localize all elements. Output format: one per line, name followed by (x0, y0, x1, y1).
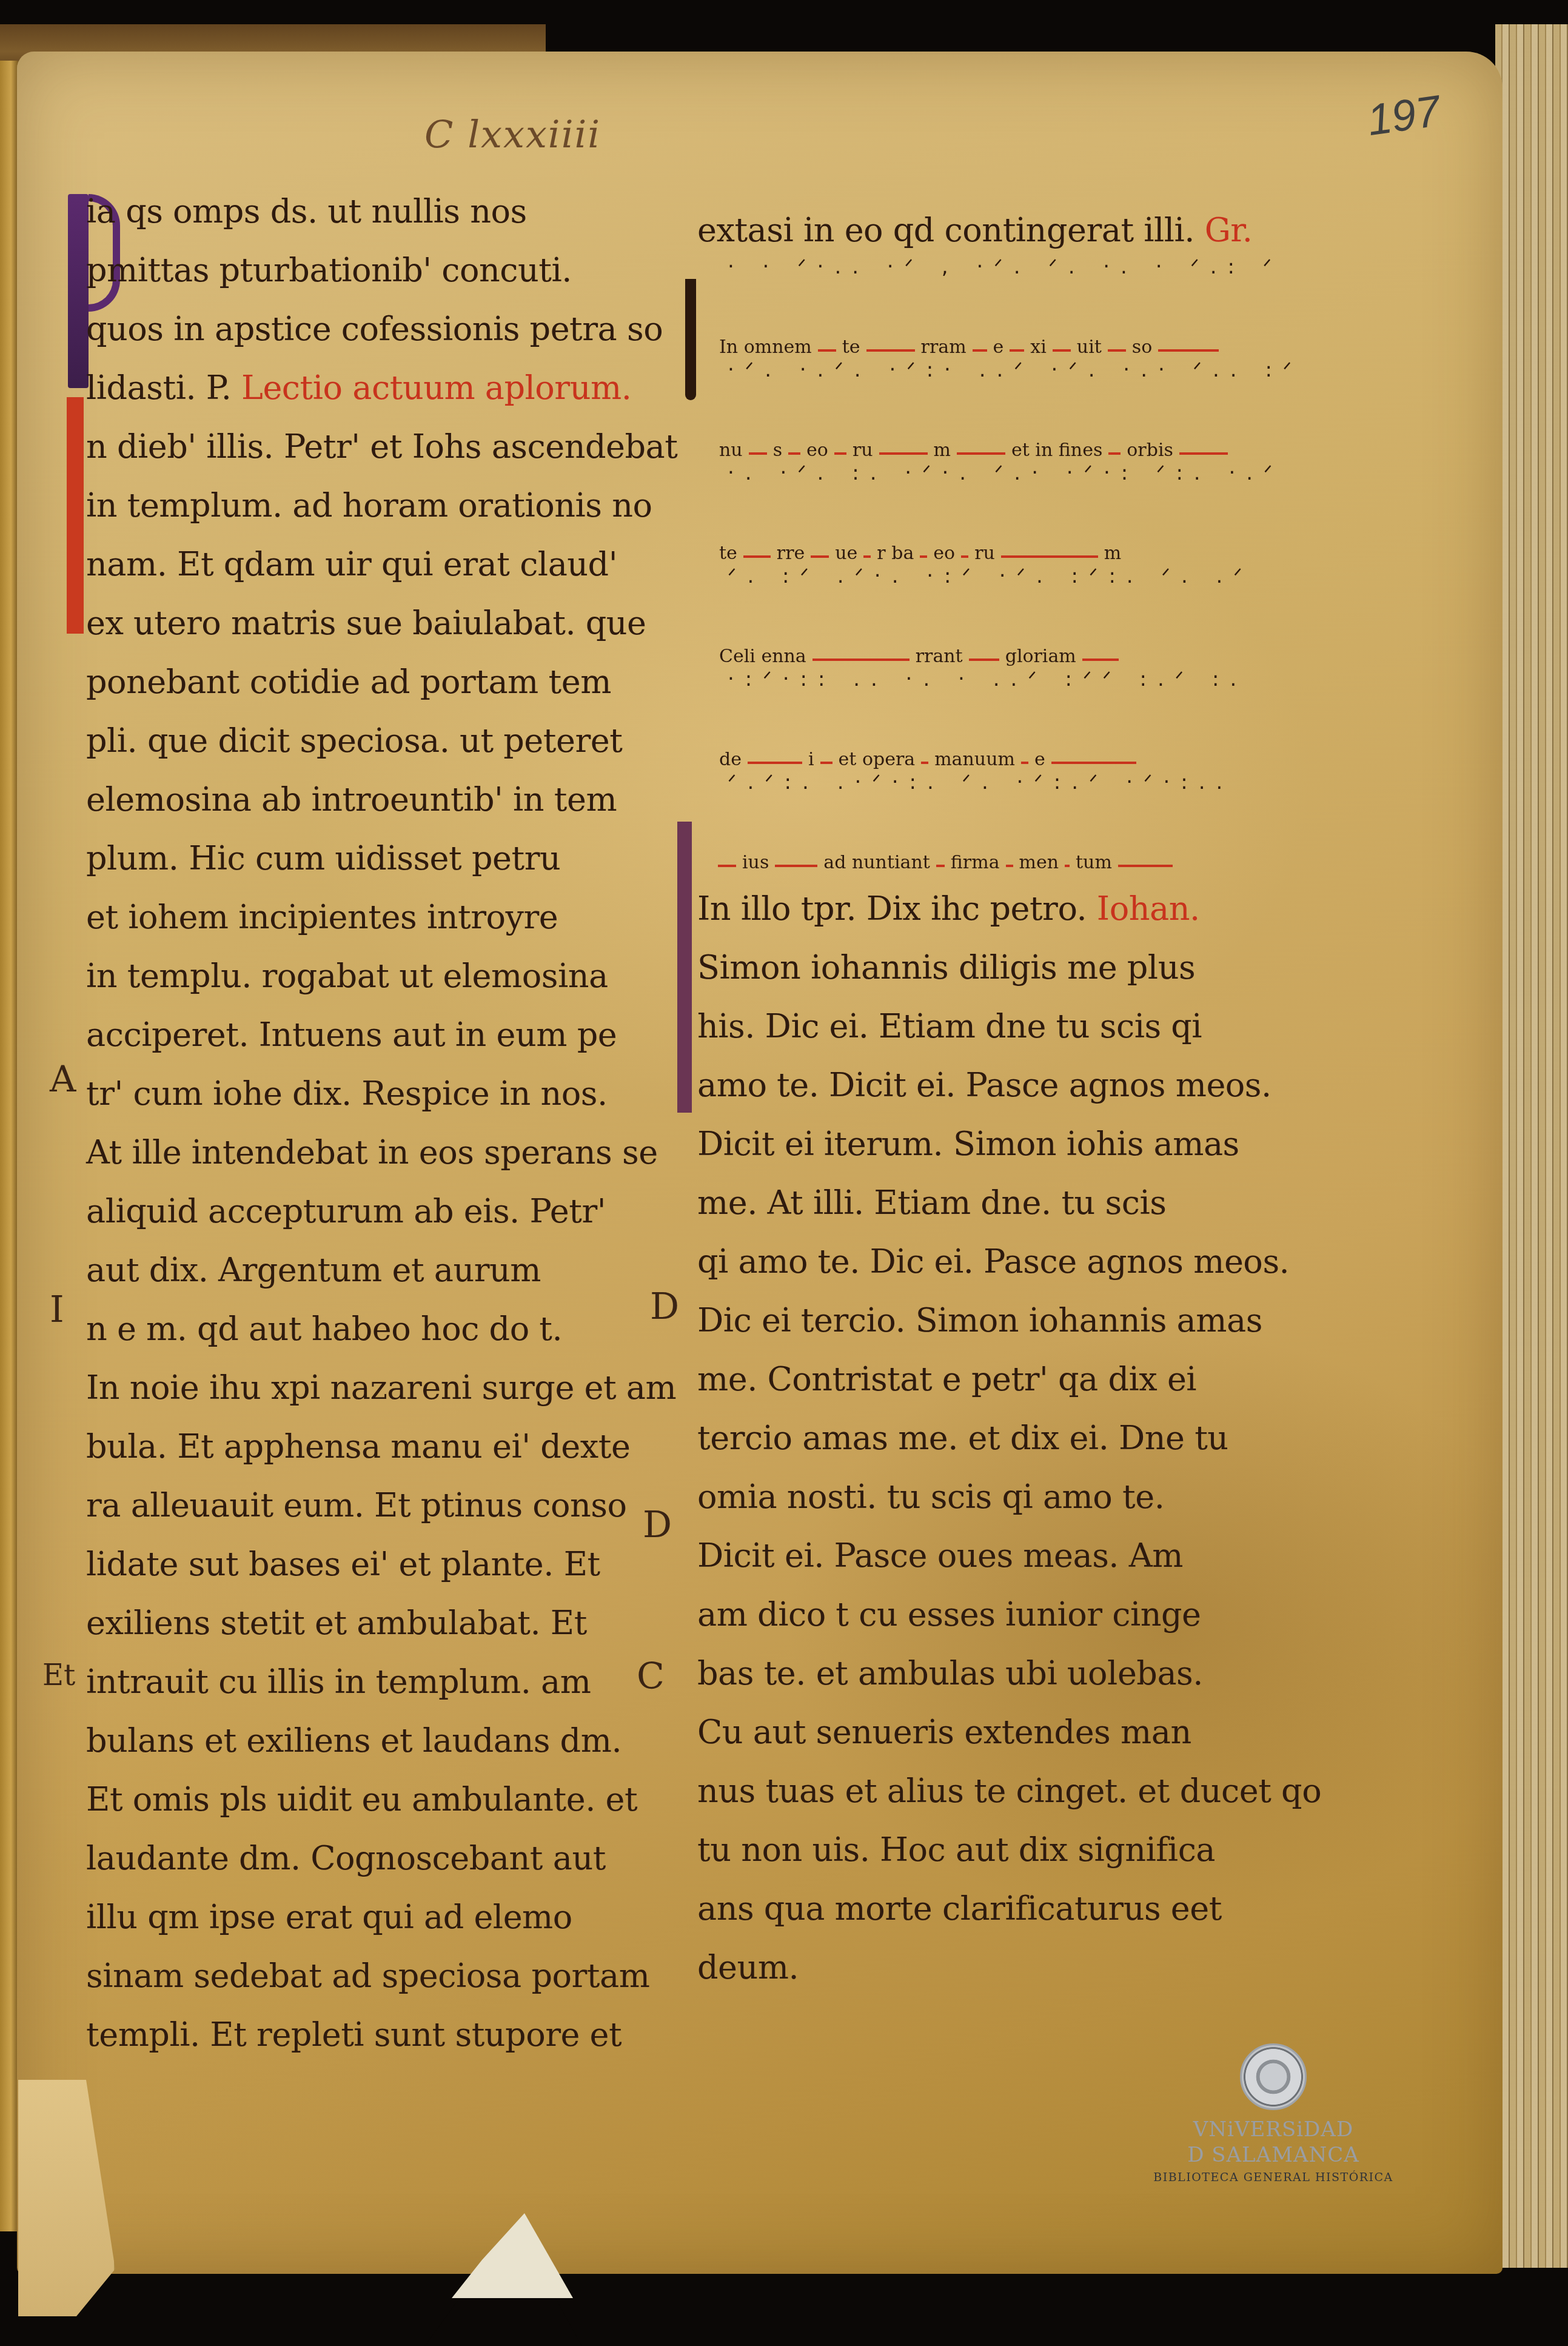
text-line: Simon iohannis diligis me plus (691, 938, 1310, 997)
text-line: acciperet. Intuens aut in eum pe (61, 1005, 631, 1064)
text-line: nus tuas et alius te cinget. et ducet qo (691, 1761, 1310, 1820)
marginal-letter: A (50, 1058, 76, 1101)
text-line: Dicit ei. Pasce oues meas. Am (691, 1526, 1310, 1585)
chant-lyric-line: te rre ue r ba eo ru m (691, 528, 1310, 564)
text-line: Cu aut senueris extendes man (691, 1703, 1310, 1761)
text-line: lidasti. P. Lectio actuum aplorum. (61, 358, 631, 417)
text-line: me. Contristat e petr' qa dix ei (691, 1350, 1310, 1409)
text-line: lidate sut bases ei' et plante. Et (61, 1535, 631, 1594)
text-line: n dieb' illis. Petr' et Iohs ascendebat (61, 417, 631, 476)
marginal-letter: D (643, 1504, 672, 1546)
text-line: aliquid accepturum ab eis. Petr' (61, 1182, 631, 1241)
text-line: in templum. ad horam orationis no (61, 476, 631, 535)
neume-notation: ·ᐟ. ·.ᐟ. ·ᐟ:· ..ᐟ ·ᐟ. ·.· ᐟ.. :ᐟ (691, 358, 1310, 424)
text-line: qi amo te. Dic ei. Pasce agnos meos. (691, 1232, 1310, 1291)
marginal-letter: I (50, 1289, 64, 1331)
text-line: ponebant cotidie ad portam tem (61, 652, 631, 711)
text-line: intrauit cu illis in templum. am (61, 1652, 631, 1711)
text-line: pli. que dicit speciosa. ut peteret (61, 711, 631, 770)
text-line: quos in apstice cofessionis petra so (61, 300, 631, 358)
text-line: tu non uis. Hoc aut dix significa (691, 1820, 1310, 1879)
marginal-letter: Et (42, 1658, 75, 1692)
text-line: bula. Et apphensa manu ei' dexte (61, 1417, 631, 1476)
neume-notation: · · ᐟ·.. ·ᐟ , ·ᐟ. ᐟ. ·. · ᐟ.: ᐟ (691, 255, 1310, 321)
signature-mark: C lxxxiiii (424, 112, 601, 156)
facing-leaf-edge (0, 61, 18, 2231)
text-line: pmittas pturbationib' concuti. (61, 241, 631, 300)
chant-lyric-line: Celi enna rrant gloriam (691, 631, 1310, 667)
text-line: Dicit ei iterum. Simon iohis amas (691, 1114, 1310, 1173)
text-line: ra alleuauit eum. Et ptinus conso (61, 1476, 631, 1535)
text-line: ans qua morte clarificaturus eet (691, 1879, 1310, 1938)
text-line: ex utero matris sue baiulabat. que (61, 594, 631, 652)
text-line: In illo tpr. Dix ihc petro. Iohan. (691, 879, 1310, 938)
text-line: extasi in eo qd contingerat illi. Gr. (691, 206, 1310, 255)
page-edges-stack (1495, 24, 1568, 2268)
marginal-letter: D (650, 1285, 679, 1328)
neume-notation: ᐟ.ᐟ:. .·ᐟ·:. ᐟ. ·ᐟ:.ᐟ ·ᐟ·:.. (691, 770, 1310, 837)
text-line: omia nosti. tu scis qi amo te. (691, 1467, 1310, 1526)
rubric: Lectio actuum aplorum. (241, 369, 631, 407)
text-line: illu qm ipse erat qui ad elemo (61, 1888, 631, 1946)
marginal-letter: C (637, 1655, 665, 1698)
text-line: deum. (691, 1938, 1310, 1997)
text-line: bulans et exiliens et laudans dm. (61, 1711, 631, 1770)
chant-lyric-line: In omnem te rram e xi uit so (691, 321, 1310, 358)
chant-notation-block: · · ᐟ·.. ·ᐟ , ·ᐟ. ᐟ. ·. · ᐟ.: ᐟ In omnem… (691, 255, 1310, 873)
gospel-text: In illo tpr. Dix ihc petro. Iohan. Simon… (691, 879, 1310, 1997)
neume-notation: ·:ᐟ·:: .. ·. · ..ᐟ :ᐟᐟ :.ᐟ :. (691, 667, 1310, 734)
chant-lyric-line: nu s eo ru m et in fines orbis (691, 424, 1310, 461)
folio-number: 197 (1364, 86, 1443, 146)
text-line: plum. Hic cum uidisset petru (61, 829, 631, 888)
text-line: aut dix. Argentum et aurum (61, 1241, 631, 1299)
text-line: exiliens stetit et ambulabat. Et (61, 1594, 631, 1652)
text-line: elemosina ab introeuntib' in tem (61, 770, 631, 829)
purple-initial-i-icon (677, 822, 692, 1113)
neume-notation: ·. ·ᐟ. :. ·ᐟ·. ᐟ.· ·ᐟ·: ᐟ:. ·.ᐟ (691, 461, 1310, 528)
text-line: his. Dic ei. Etiam dne tu scis qi (691, 997, 1310, 1056)
text-line: am dico t cu esses iunior cinge (691, 1585, 1310, 1644)
text-line: et iohem incipientes introyre (61, 888, 631, 947)
watermark-line-1: VNiVERSiDAD (1146, 2117, 1401, 2142)
neume-notation: ᐟ. :ᐟ .ᐟ·. ·:ᐟ ·ᐟ. :ᐟ:. ᐟ. .ᐟ (691, 564, 1310, 631)
text-line: in templu. rogabat ut elemosina (61, 947, 631, 1005)
rubric: Iohan. (1097, 890, 1200, 928)
chant-lyric-line: ius ad nuntiant firma men tum (691, 837, 1310, 873)
watermark-line-2: D SALAMANCA (1146, 2143, 1401, 2167)
library-watermark: VNiVERSiDAD D SALAMANCA BIBLIOTECA GENER… (1146, 2043, 1401, 2184)
text-line: tr' cum iohe dix. Respice in nos. (61, 1064, 631, 1123)
text-line: sinam sedebat ad speciosa portam (61, 1946, 631, 2005)
text-line: At ille intendebat in eos sperans se (61, 1123, 631, 1182)
text-line: amo te. Dicit ei. Pasce agnos meos. (691, 1056, 1310, 1114)
rubric: Gr. (1205, 211, 1253, 249)
university-seal-icon (1240, 2043, 1307, 2110)
text-line: bas te. et ambulas ubi uolebas. (691, 1644, 1310, 1703)
text-line: n e m. qd aut habeo hoc do t. (61, 1299, 631, 1358)
left-text-column: ia qs omps ds. ut nullis nos pmittas ptu… (61, 182, 631, 2064)
text-line: templi. Et repleti sunt stupore et (61, 2005, 631, 2064)
watermark-line-3: BIBLIOTECA GENERAL HISTÓRICA (1146, 2171, 1401, 2184)
text-line: ia qs omps ds. ut nullis nos (61, 182, 631, 241)
right-text-column: extasi in eo qd contingerat illi. Gr. · … (691, 206, 1310, 1997)
text-line: In noie ihu xpi nazareni surge et am (61, 1358, 631, 1417)
text-line: laudante dm. Cognoscebant aut (61, 1829, 631, 1888)
text-line: me. At illi. Etiam dne. tu scis (691, 1173, 1310, 1232)
text-line: nam. Et qdam uir qui erat claud' (61, 535, 631, 594)
chant-lyric-line: de i et opera manuum e (691, 734, 1310, 770)
text-line: tercio amas me. et dix ei. Dne tu (691, 1409, 1310, 1467)
text-line: Et omis pls uidit eu ambulante. et (61, 1770, 631, 1829)
text-line: Dic ei tercio. Simon iohannis amas (691, 1291, 1310, 1350)
